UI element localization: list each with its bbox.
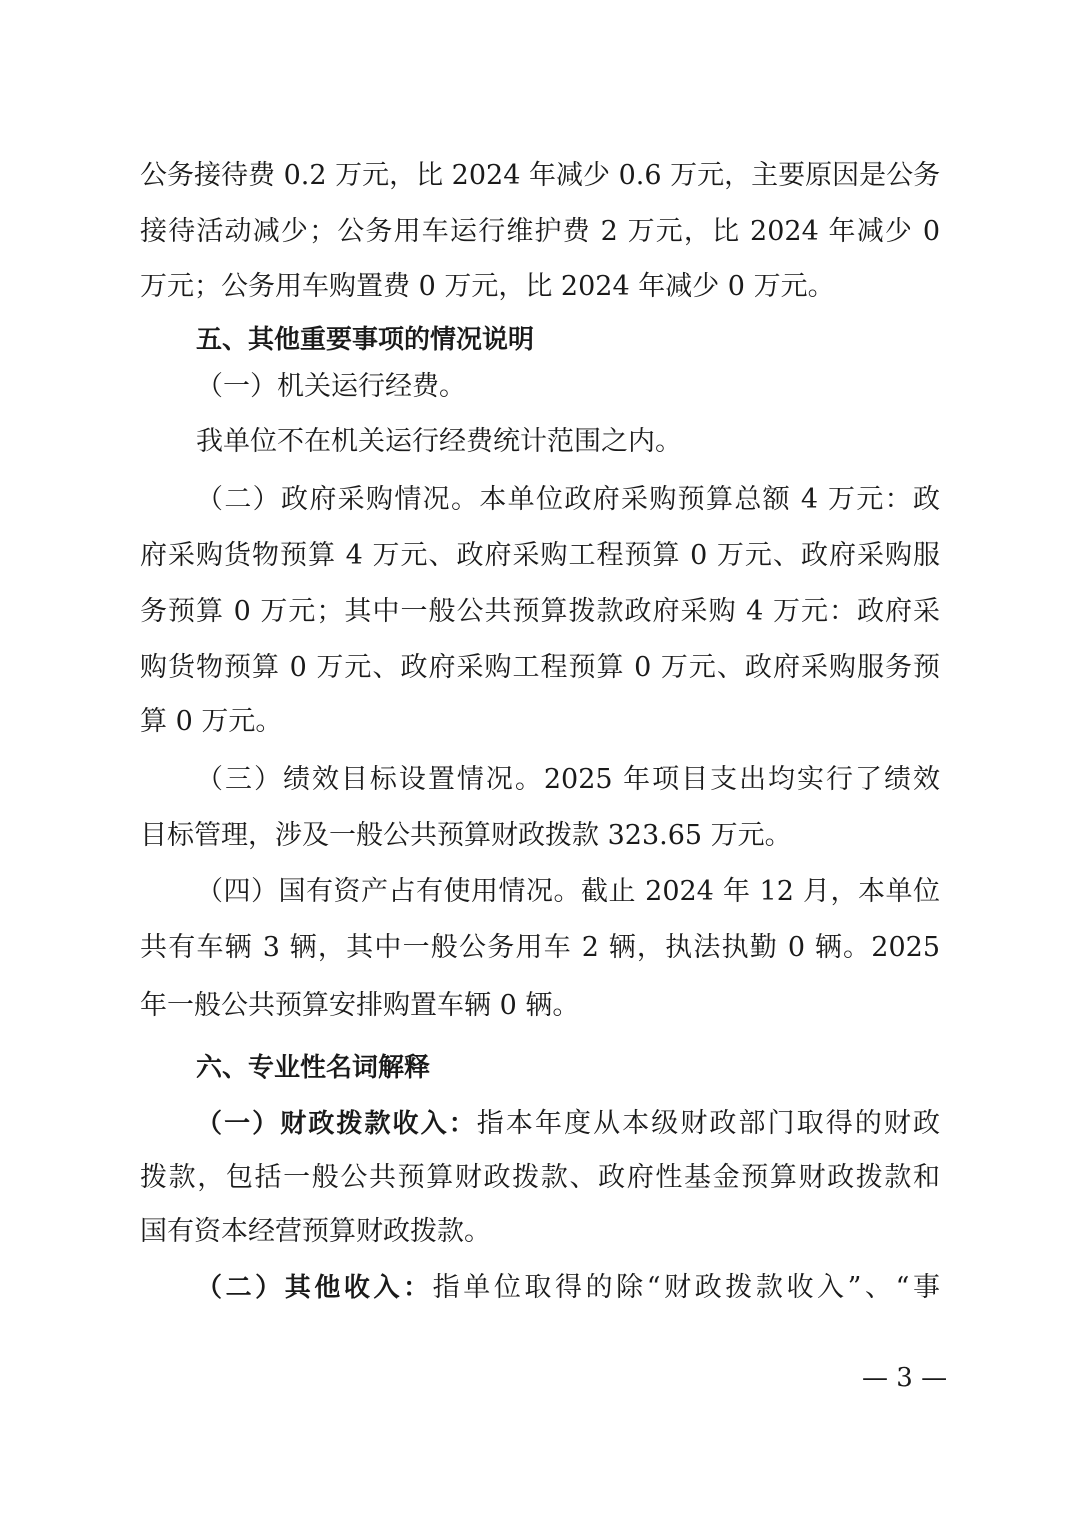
section-heading-5: 五、其他重要事项的情况说明 — [196, 322, 940, 358]
paragraph-line: 公务接待费 0.2 万元，比 2024 年减少 0.6 万元，主要原因是公务 — [140, 158, 940, 194]
paragraph-line: （一）财政拨款收入：指本年度从本级财政部门取得的财政 — [196, 1106, 940, 1142]
term-definition: 指本年度从本级财政部门取得的财政 — [477, 1108, 940, 1139]
paragraph-line: 我单位不在机关运行经费统计范围之内。 — [196, 424, 940, 460]
subsection-title: （一）机关运行经费。 — [196, 369, 940, 405]
paragraph-line: 年一般公共预算安排购置车辆 0 辆。 — [140, 988, 940, 1024]
paragraph-line: 万元；公务用车购置费 0 万元，比 2024 年减少 0 万元。 — [140, 269, 940, 305]
document-page: 公务接待费 0.2 万元，比 2024 年减少 0.6 万元，主要原因是公务 接… — [0, 0, 1074, 1520]
paragraph-line: （二）其他收入：指单位取得的除“财政拨款收入”、“事 — [196, 1270, 940, 1306]
paragraph-line: 国有资本经营预算财政拨款。 — [140, 1214, 940, 1250]
paragraph-line: 购货物预算 0 万元、政府采购工程预算 0 万元、政府采购服务预 — [140, 650, 940, 686]
term-label: （一）财政拨款收入： — [196, 1109, 477, 1139]
paragraph-line: （二）政府采购情况。本单位政府采购预算总额 4 万元：政 — [196, 482, 940, 518]
paragraph-line: 目标管理，涉及一般公共预算财政拨款 323.65 万元。 — [140, 818, 940, 854]
paragraph-line: 算 0 万元。 — [140, 704, 940, 740]
page-number: — 3 — — [862, 1360, 947, 1396]
paragraph-line: （四）国有资产占有使用情况。截止 2024 年 12 月，本单位 — [196, 874, 940, 910]
term-definition: 指单位取得的除“财政拨款收入”、“事 — [433, 1272, 940, 1303]
paragraph-line: 接待活动减少；公务用车运行维护费 2 万元，比 2024 年减少 0 — [140, 214, 940, 250]
term-label: （二）其他收入： — [196, 1273, 433, 1303]
paragraph-line: （三）绩效目标设置情况。2025 年项目支出均实行了绩效 — [196, 762, 940, 798]
paragraph-line: 共有车辆 3 辆，其中一般公务用车 2 辆，执法执勤 0 辆。2025 — [140, 930, 940, 966]
paragraph-line: 府采购货物预算 4 万元、政府采购工程预算 0 万元、政府采购服 — [140, 538, 940, 574]
paragraph-line: 拨款，包括一般公共预算财政拨款、政府性基金预算财政拨款和 — [140, 1160, 940, 1196]
section-heading-6: 六、专业性名词解释 — [196, 1050, 940, 1086]
paragraph-line: 务预算 0 万元；其中一般公共预算拨款政府采购 4 万元：政府采 — [140, 594, 940, 630]
